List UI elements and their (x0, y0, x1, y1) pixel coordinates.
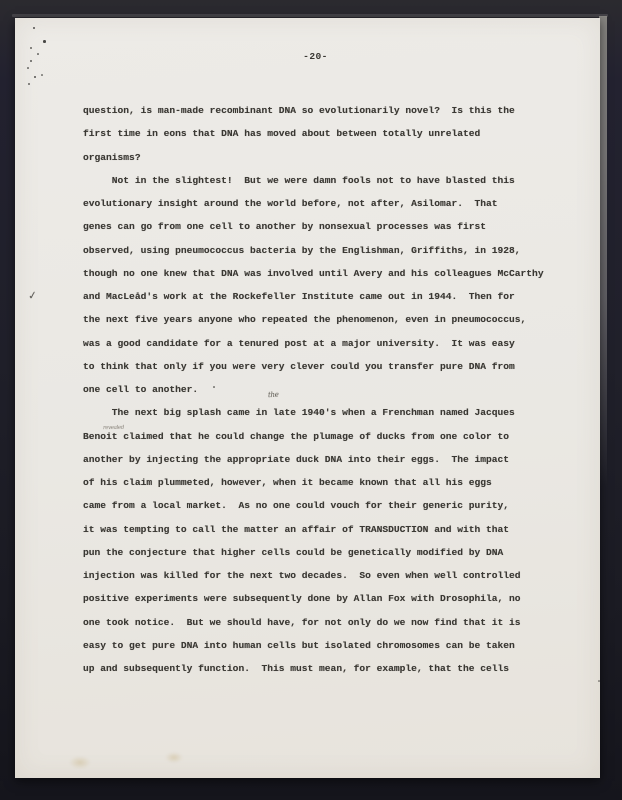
text-line: genes can go from one cell to another by… (83, 215, 569, 238)
scan-background: -20- question, is man-made recombinant D… (0, 0, 622, 800)
text-line: it was tempting to call the matter an af… (83, 518, 569, 541)
paper-stain (69, 756, 91, 769)
ink-speck (41, 74, 43, 76)
text-line: was a good candidate for a tenured post … (83, 332, 569, 355)
ink-speck (30, 60, 32, 62)
text-line: first time in eons that DNA has moved ab… (83, 122, 569, 145)
ink-speck (30, 47, 32, 49)
text-line: evolutionary insight around the world be… (83, 192, 569, 215)
ink-speck (27, 67, 29, 69)
text-line: to think that only if you were very clev… (83, 355, 569, 378)
page-number: -20- (23, 51, 608, 62)
text-line: of his claim plummeted, however, when it… (83, 471, 569, 494)
ink-speck (37, 53, 39, 55)
paper-stain (165, 752, 183, 763)
ink-speck (598, 680, 600, 682)
text-line: Benoit claimed that he could change the … (83, 425, 569, 448)
text-line: observed, using pneumococcus bacteria by… (83, 239, 569, 262)
text-line: question, is man-made recombinant DNA so… (83, 99, 569, 122)
text-line: up and subsequently function. This must … (83, 657, 569, 680)
text-line: injection was killed for the next two de… (83, 564, 569, 587)
sheet-behind-top-edge (12, 14, 608, 17)
text-line: organisms? (83, 146, 569, 169)
paper-deckle-edge (599, 16, 607, 486)
text-line: The next big splash came in late 1940's … (83, 401, 569, 424)
text-line: another by injecting the appropriate duc… (83, 448, 569, 471)
text-line: pun the conjecture that higher cells cou… (83, 541, 569, 564)
text-line: and MacLeåd's work at the Rockefeller In… (83, 285, 569, 308)
ink-speck (28, 83, 30, 85)
text-line: though no one knew that DNA was involved… (83, 262, 569, 285)
margin-checkmark-annotation: ✓ (27, 288, 38, 302)
typewritten-text: question, is man-made recombinant DNA so… (83, 99, 569, 680)
handwritten-pencil-word: revealed (103, 425, 124, 431)
document-page: -20- question, is man-made recombinant D… (15, 18, 600, 778)
ink-speck (213, 386, 215, 388)
text-line: positive experiments were subsequently d… (83, 587, 569, 610)
text-line: came from a local market. As no one coul… (83, 494, 569, 517)
ink-speck (34, 76, 36, 78)
text-line: easy to get pure DNA into human cells bu… (83, 634, 569, 657)
text-line: the next five years anyone who repeated … (83, 308, 569, 331)
ink-speck (33, 27, 35, 29)
text-line: Not in the slightest! But we were damn f… (83, 169, 569, 192)
handwritten-insertion-the: the (268, 391, 279, 400)
text-line: one took notice. But we should have, for… (83, 611, 569, 634)
ink-speck (43, 40, 46, 43)
text-line: one cell to another. (83, 378, 569, 401)
